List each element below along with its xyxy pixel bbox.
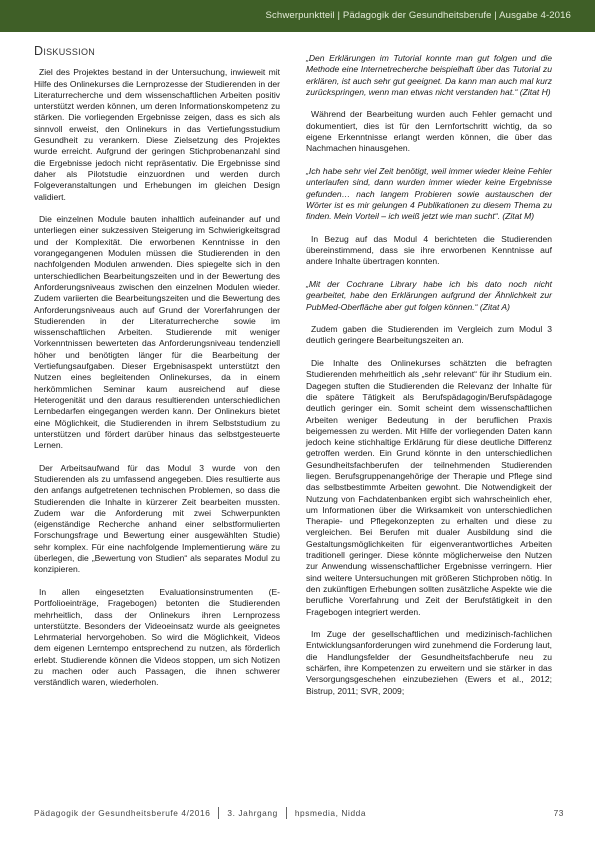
page-footer: Pädagogik der Gesundheitsberufe 4/2016 3… <box>34 807 564 819</box>
paragraph: Der Arbeitsaufwand für das Modul 3 wurde… <box>34 463 280 576</box>
paragraph: Im Zuge der gesellschaftlichen und mediz… <box>306 629 552 697</box>
paragraph: Die Inhalte des Onlinekurses schätzten d… <box>306 358 552 618</box>
student-quote: „Den Erklärungen im Tutorial konnte man … <box>306 53 552 98</box>
paragraph: Ziel des Projektes bestand in der Unters… <box>34 67 280 203</box>
footer-volume: 3. Jahrgang <box>227 808 277 818</box>
section-title: Diskussion <box>34 46 280 57</box>
header-bar: Schwerpunktteil | Pädagogik der Gesundhe… <box>0 0 595 32</box>
paragraph: Während der Bearbeitung wurden auch Fehl… <box>306 109 552 154</box>
footer-journal: Pädagogik der Gesundheitsberufe 4/2016 <box>34 808 210 818</box>
student-quote: „Ich habe sehr viel Zeit benötigt, weil … <box>306 166 552 222</box>
footer-divider <box>286 807 287 819</box>
paragraph: In allen eingesetzten Evaluationsinstrum… <box>34 587 280 689</box>
page-number: 73 <box>554 808 564 818</box>
paragraph: Zudem gaben die Studierenden im Vergleic… <box>306 324 552 347</box>
right-column: „Den Erklärungen im Tutorial konnte man … <box>306 53 552 708</box>
running-header: Schwerpunktteil | Pädagogik der Gesundhe… <box>266 10 571 21</box>
footer-publisher: hpsmedia, Nidda <box>295 808 366 818</box>
left-column: Diskussion Ziel des Projektes bestand in… <box>34 46 280 700</box>
footer-divider <box>218 807 219 819</box>
paragraph: In Bezug auf das Modul 4 berichteten die… <box>306 234 552 268</box>
paragraph: Die einzelnen Module bauten inhaltlich a… <box>34 214 280 451</box>
student-quote: „Mit der Cochrane Library habe ich bis d… <box>306 279 552 313</box>
